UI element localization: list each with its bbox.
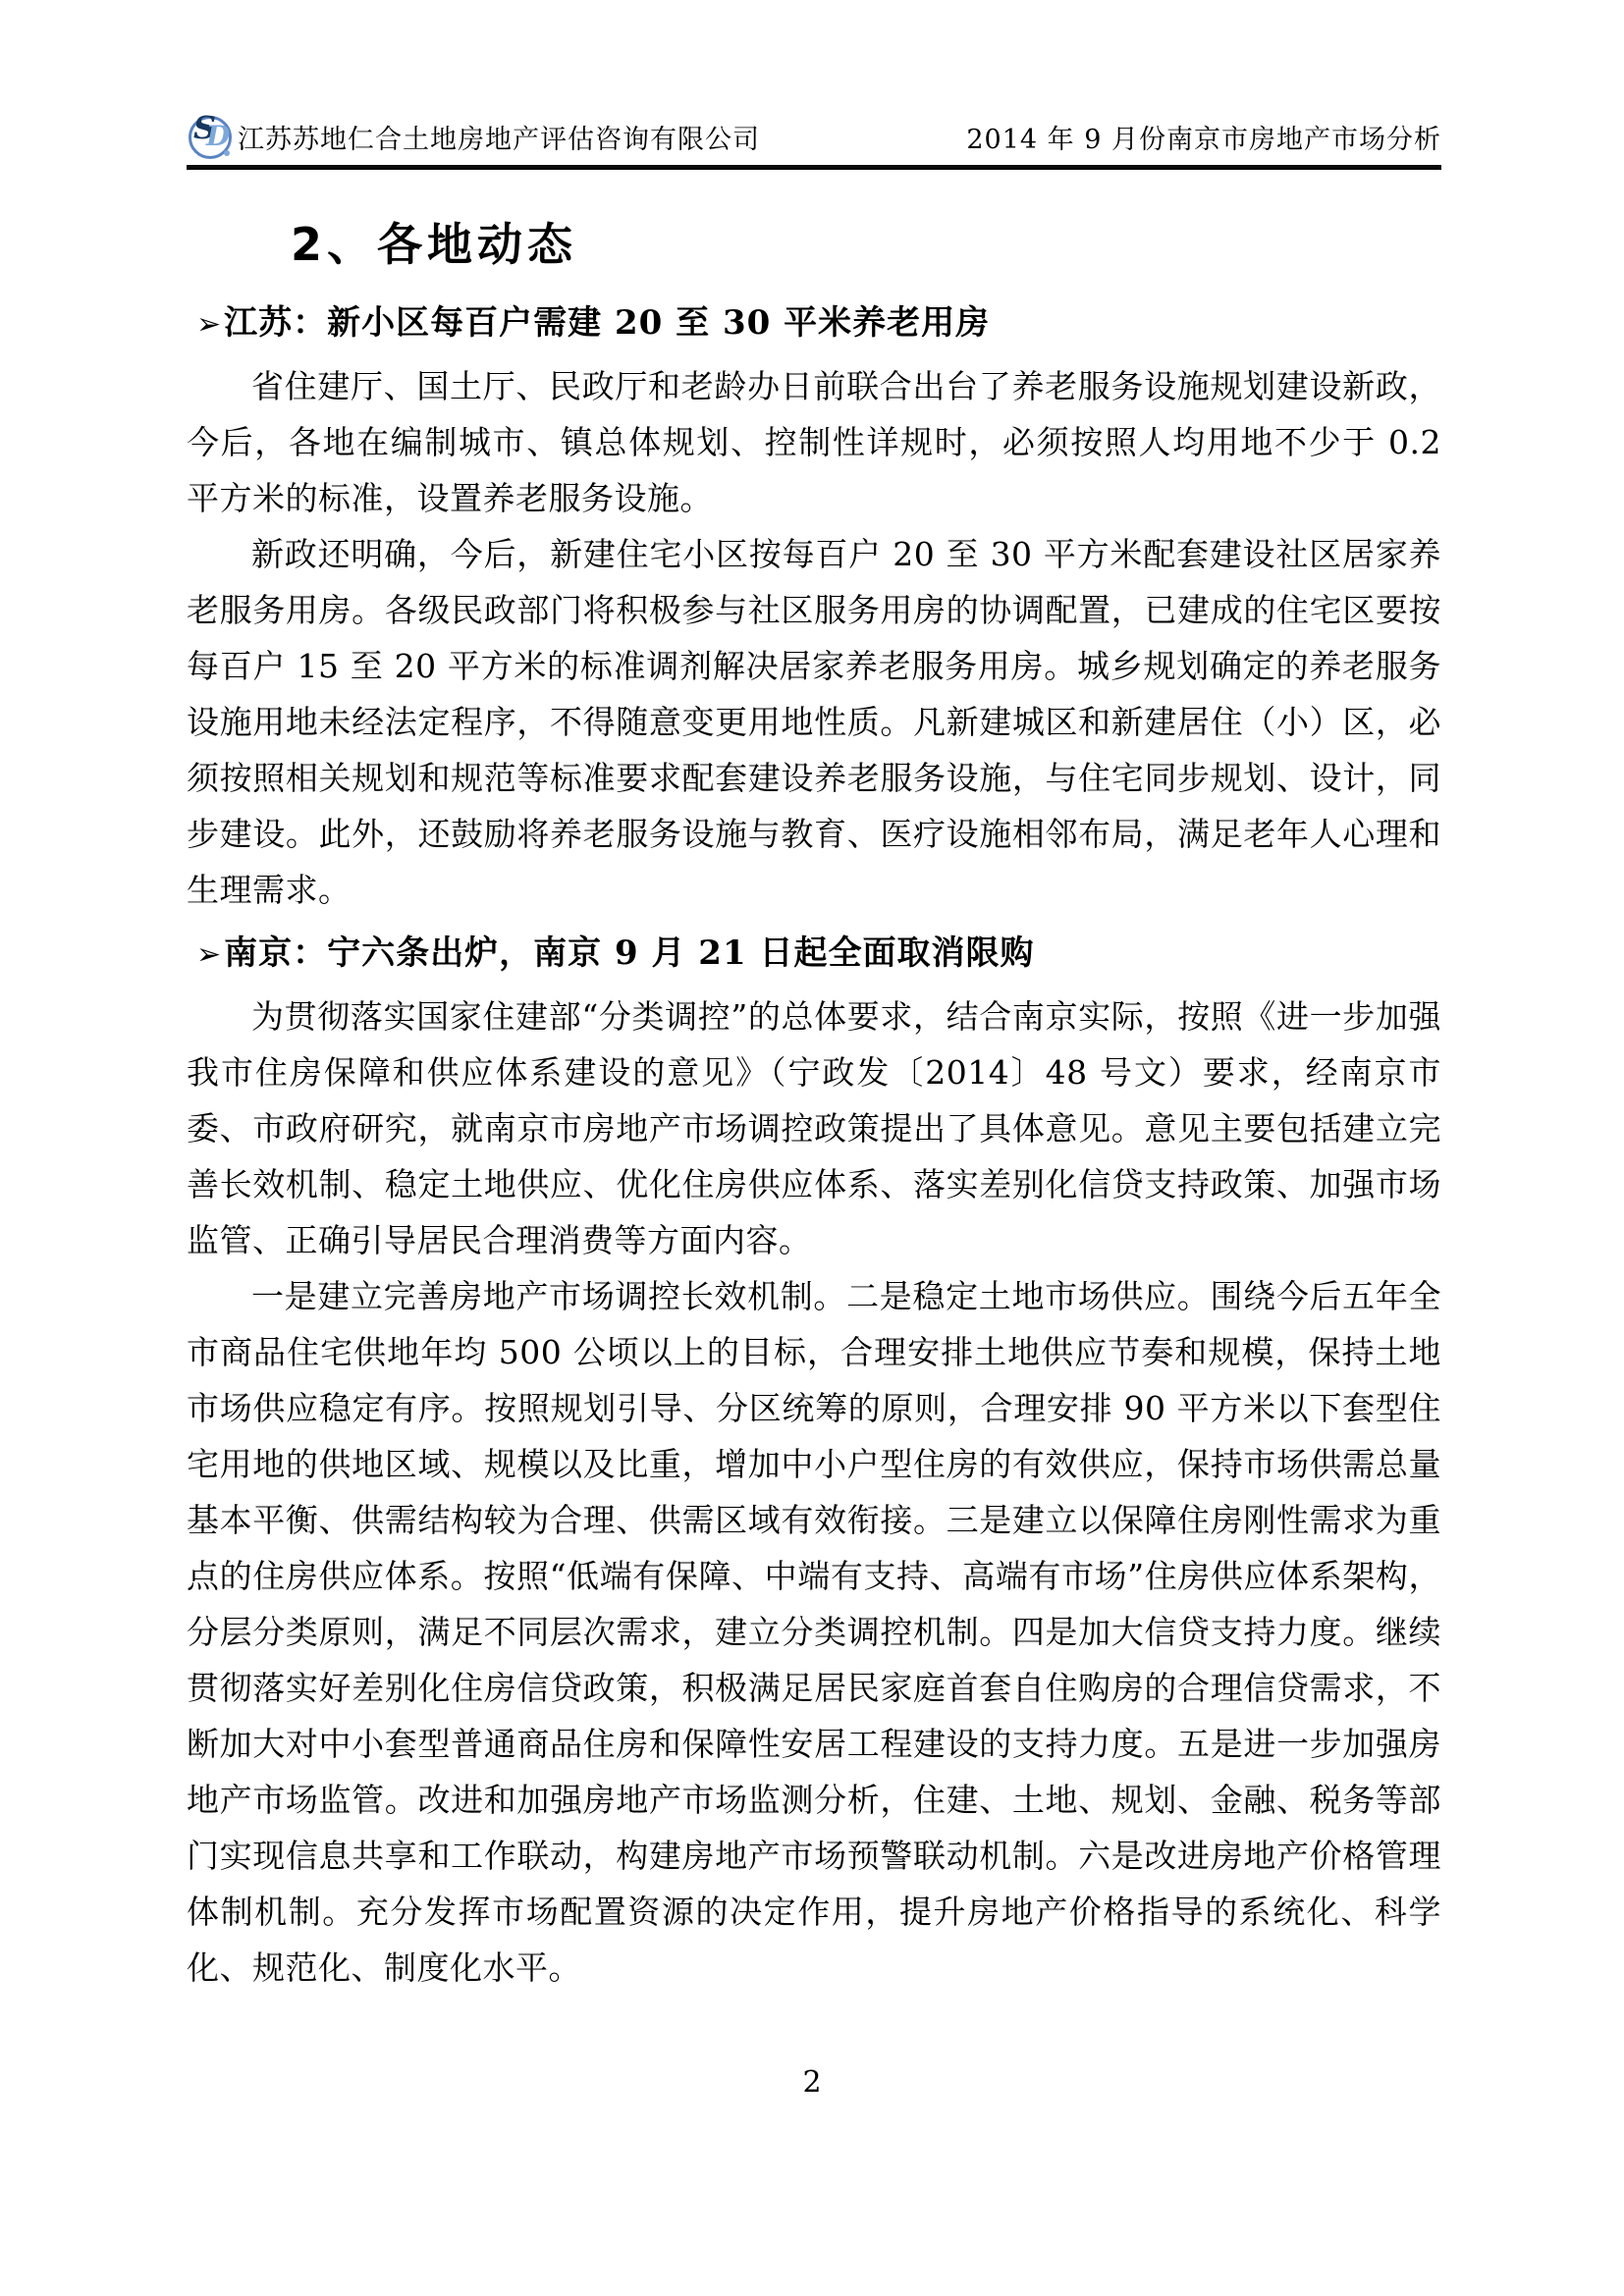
- paragraph: 省住建厅、国土厅、民政厅和老龄办日前联合出台了养老服务设施规划建设新政，今后，各…: [187, 358, 1441, 526]
- company-block: S D 江苏苏地仁合土地房地产评估咨询有限公司: [187, 114, 760, 159]
- content-column: S D 江苏苏地仁合土地房地产评估咨询有限公司 2014 年 9 月份南京市房地…: [187, 0, 1441, 1996]
- document-page: S D 江苏苏地仁合土地房地产评估咨询有限公司 2014 年 9 月份南京市房地…: [0, 0, 1624, 2296]
- paragraph: 为贯彻落实国家住建部“分类调控”的总体要求，结合南京实际，按照《进一步加强我市住…: [187, 988, 1441, 1268]
- subsection-heading-text: 江苏：新小区每百户需建 20 至 30 平米养老用房: [224, 303, 990, 343]
- logo-letter-d: D: [206, 123, 230, 150]
- page-footer: 2: [0, 2065, 1624, 2100]
- paragraph: 新政还明确，今后，新建住宅小区按每百户 20 至 30 平方米配套建设社区居家养…: [187, 526, 1441, 918]
- subsection-heading-text: 南京：宁六条出炉，南京 9 月 21 日起全面取消限购: [224, 934, 1034, 973]
- company-name: 江苏苏地仁合土地房地产评估咨询有限公司: [238, 118, 760, 156]
- subsection-heading-jiangsu: ➢江苏：新小区每百户需建 20 至 30 平米养老用房: [187, 299, 1441, 348]
- report-title: 2014 年 9 月份南京市房地产市场分析: [966, 118, 1441, 156]
- logo-dot: [224, 150, 230, 156]
- paragraph: 一是建立完善房地产市场调控长效机制。二是稳定土地市场供应。围绕今后五年全市商品住…: [187, 1268, 1441, 1996]
- arrow-bullet-icon: ➢: [196, 937, 222, 972]
- page-header: S D 江苏苏地仁合土地房地产评估咨询有限公司 2014 年 9 月份南京市房地…: [187, 114, 1441, 170]
- section-title: 2、各地动态: [291, 217, 1441, 272]
- page-number: 2: [802, 2065, 821, 2100]
- arrow-bullet-icon: ➢: [196, 307, 222, 342]
- company-logo-icon: S D: [187, 114, 232, 159]
- subsection-heading-nanjing: ➢南京：宁六条出炉，南京 9 月 21 日起全面取消限购: [187, 930, 1441, 979]
